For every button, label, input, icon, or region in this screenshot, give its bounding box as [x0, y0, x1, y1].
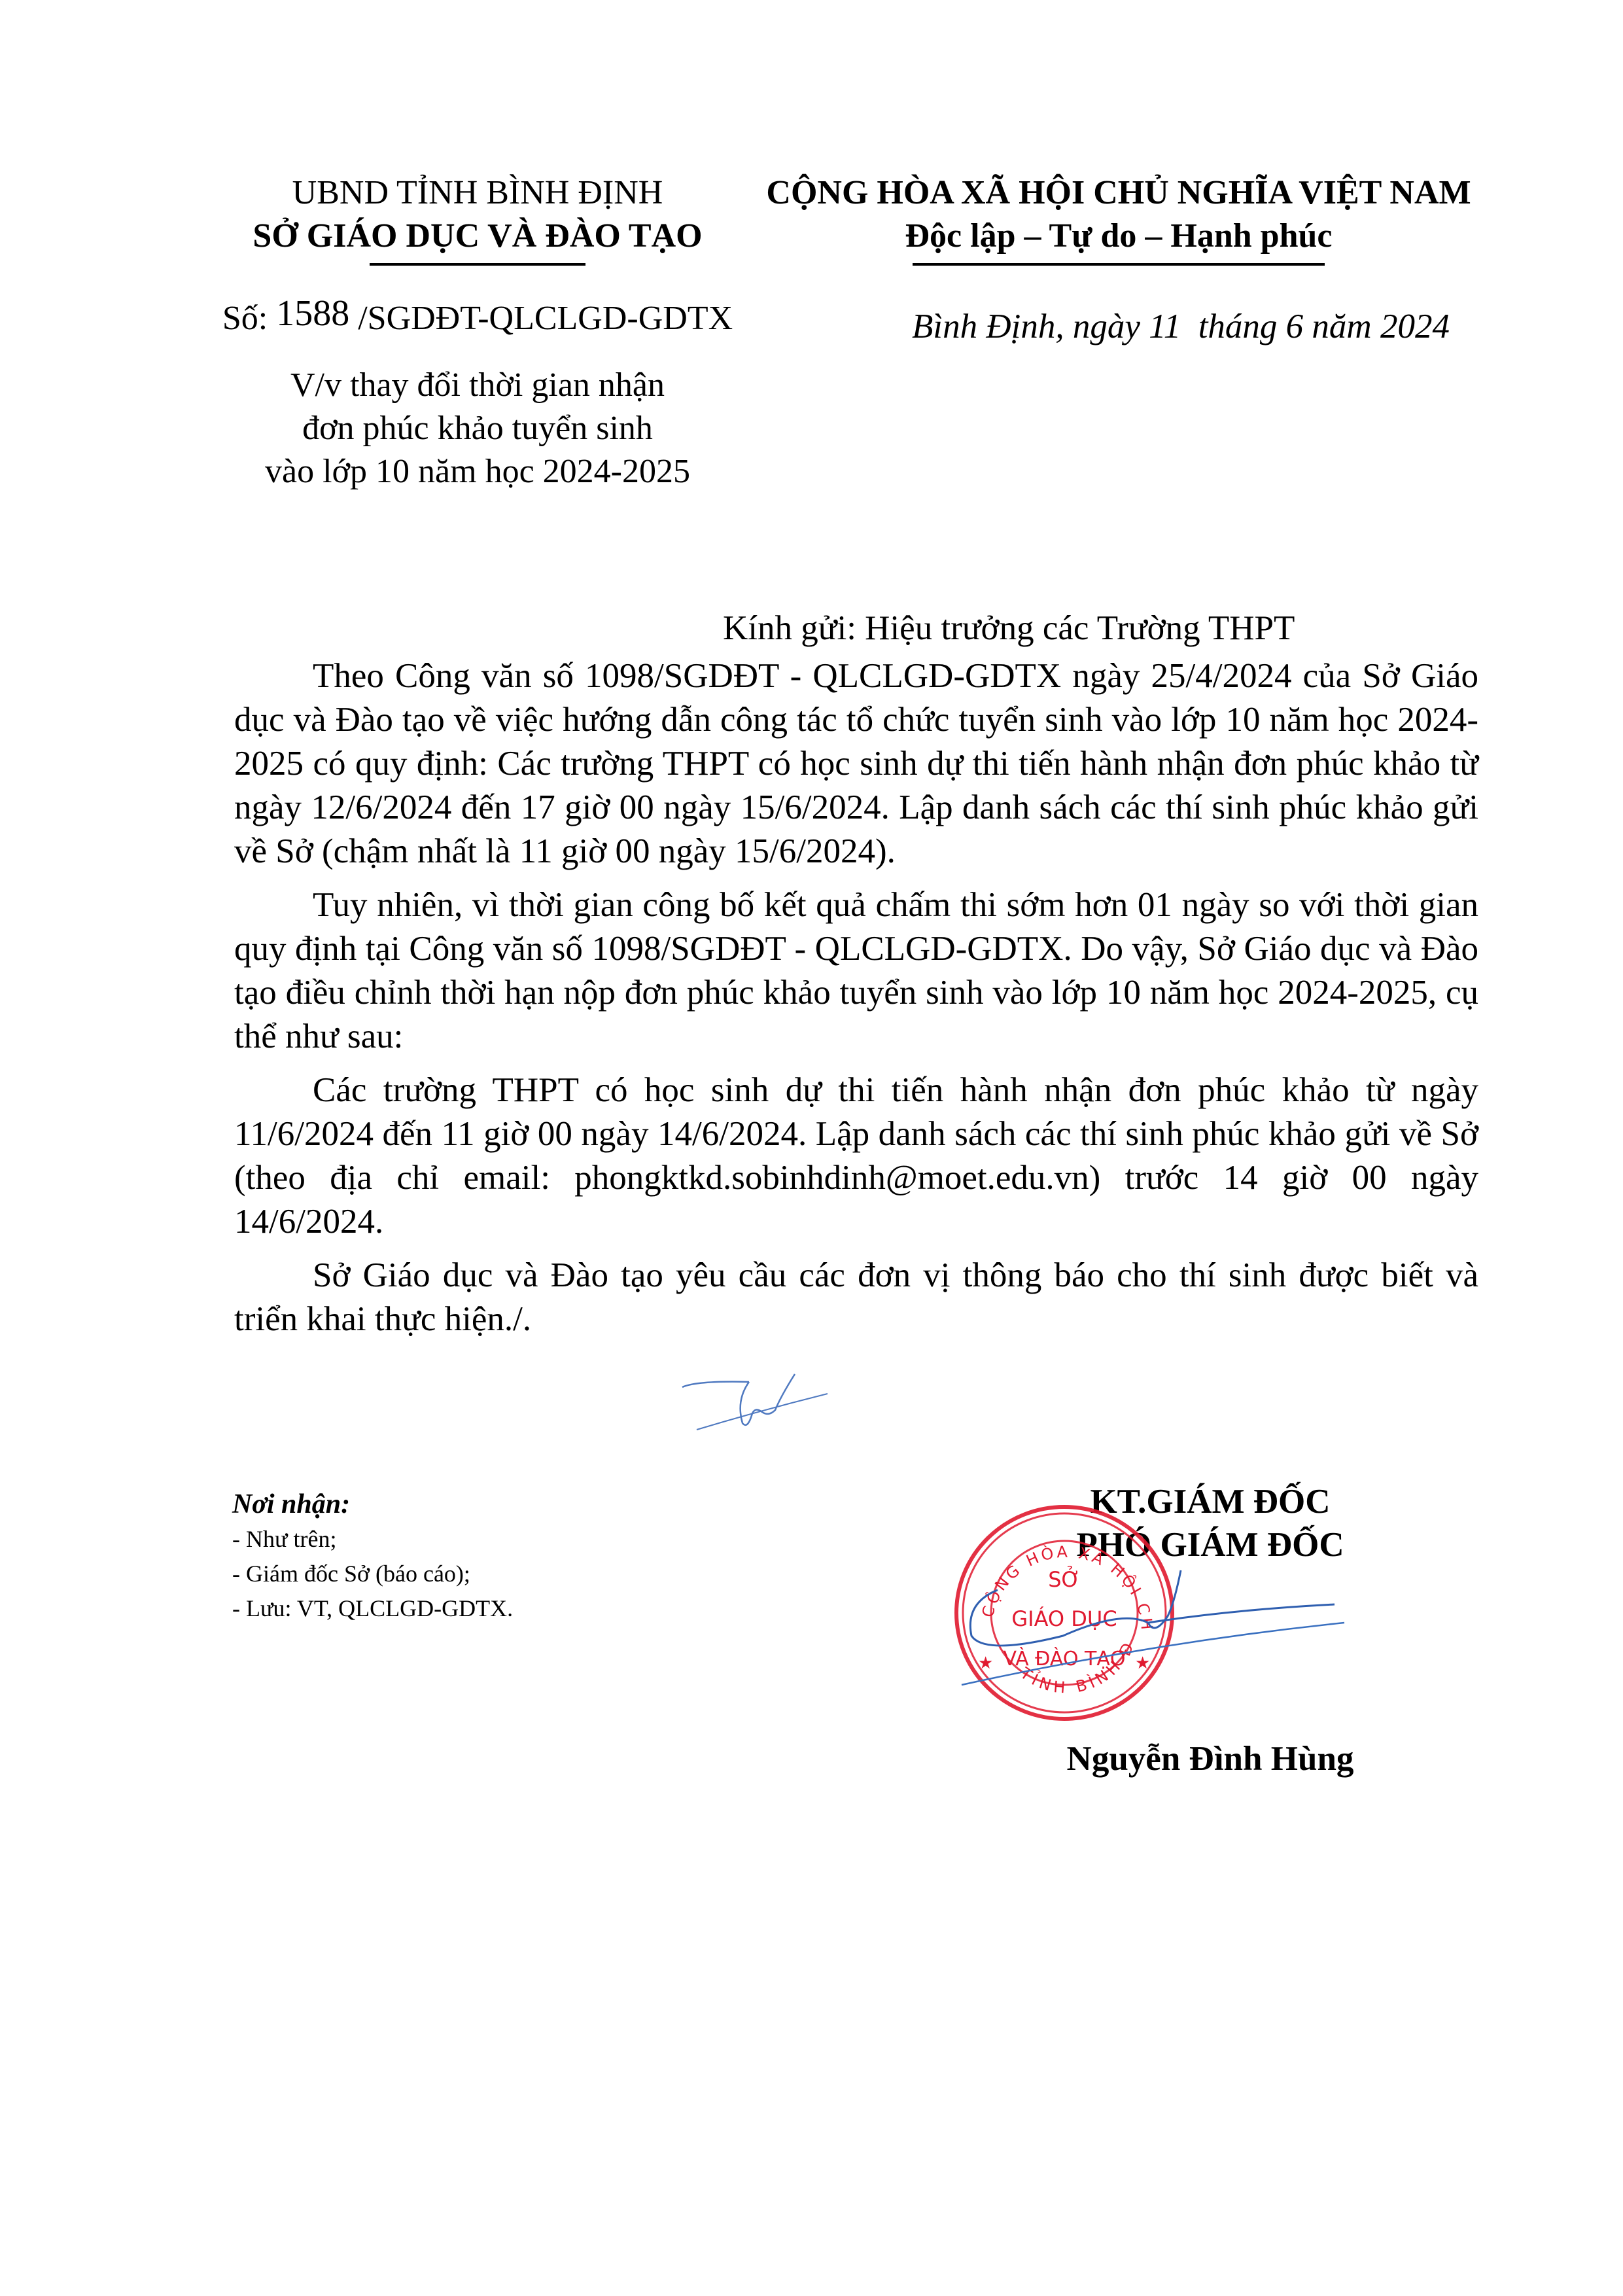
- document-number: Số: 1588 /SGDĐT-QLCLGD-GDTX: [183, 296, 772, 340]
- initials-signature-icon: [671, 1361, 834, 1433]
- distribution-item: - Như trên;: [232, 1522, 513, 1557]
- subject-line: V/v thay đổi thời gian nhận: [183, 364, 772, 407]
- distribution-item: - Giám đốc Sở (báo cáo);: [232, 1557, 513, 1591]
- place-and-date: Bình Định, ngày 11 tháng 6 năm 2024: [870, 305, 1492, 348]
- signer-name: Nguyễn Đình Hùng: [975, 1737, 1446, 1780]
- body-paragraph: Sở Giáo dục và Đào tạo yêu cầu các đơn v…: [234, 1254, 1478, 1341]
- doc-number-value: 1588: [276, 293, 349, 334]
- doc-number-label: Số:: [222, 300, 276, 337]
- subject-line: đơn phúc khảo tuyển sinh: [183, 407, 772, 450]
- document-body: Theo Công văn số 1098/SGDĐT - QLCLGD-GDT…: [234, 654, 1478, 1351]
- recipient-line: Kính gửi: Hiệu trưởng các Trường THPT: [723, 609, 1295, 648]
- country-name: CỘNG HÒA XÃ HỘI CHỦ NGHĨA VIỆT NAM: [746, 171, 1492, 215]
- body-paragraph: Các trường THPT có học sinh dự thi tiến …: [234, 1069, 1478, 1244]
- distribution-item: - Lưu: VT, QLCLGD-GDTX.: [232, 1591, 513, 1626]
- director-signature-icon: [958, 1564, 1364, 1688]
- distribution-list: Nơi nhận: - Như trên; - Giám đốc Sở (báo…: [232, 1487, 513, 1626]
- document-subject: V/v thay đổi thời gian nhận đơn phúc khả…: [183, 364, 772, 493]
- subject-line: vào lớp 10 năm học 2024-2025: [183, 450, 772, 493]
- doc-code: /SGDĐT-QLCLGD-GDTX: [349, 300, 733, 337]
- motto-underline: [913, 263, 1325, 266]
- issuing-authority-block: UBND TỈNH BÌNH ĐỊNH SỞ GIÁO DỤC VÀ ĐÀO T…: [183, 171, 772, 266]
- department-underline: [370, 263, 585, 266]
- national-header-block: CỘNG HÒA XÃ HỘI CHỦ NGHĨA VIỆT NAM Độc l…: [746, 171, 1492, 266]
- distribution-title: Nơi nhận:: [232, 1487, 513, 1522]
- body-paragraph: Theo Công văn số 1098/SGDĐT - QLCLGD-GDT…: [234, 654, 1478, 874]
- national-motto: Độc lập – Tự do – Hạnh phúc: [746, 215, 1492, 258]
- authority-name: UBND TỈNH BÌNH ĐỊNH: [183, 171, 772, 215]
- body-paragraph: Tuy nhiên, vì thời gian công bố kết quả …: [234, 883, 1478, 1059]
- department-name: SỞ GIÁO DỤC VÀ ĐÀO TẠO: [183, 215, 772, 258]
